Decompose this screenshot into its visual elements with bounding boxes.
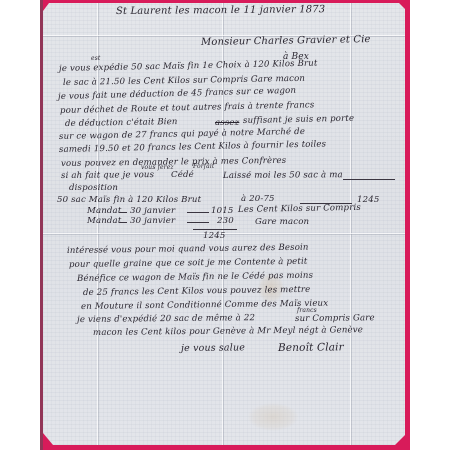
place-date: St Laurent les macon le 11 janvier 1873 (116, 4, 325, 17)
closing-line: sur Compris Gare (295, 313, 375, 324)
signature: Benoît Clair (278, 341, 344, 354)
account-row-date: 30 janvier (130, 216, 175, 226)
body-line: si ah fait que je vous (61, 170, 154, 181)
insert-est: est (91, 55, 101, 62)
sum-rule (193, 229, 237, 230)
stain (248, 403, 298, 431)
account-main-line: 50 sac Maïs fin à 120 Kilos Brut (57, 195, 201, 205)
account-row-label: Mandat (87, 216, 121, 226)
account-note: Les Cent Kilos sur Compris (238, 203, 361, 215)
account-row-amount: 1015 (211, 206, 233, 216)
account-dash (119, 222, 127, 223)
closing-line: je viens d'expédié 20 sac de même à 22 (77, 313, 255, 325)
account-row-label: Mandat (87, 206, 121, 216)
body-line: disposition (69, 183, 118, 193)
salutation: je vous salue (181, 342, 245, 354)
interlinear-note: Cédé (171, 170, 194, 180)
backdrop-edge-shadow (40, 0, 43, 450)
account-row-date: 30 janvier (130, 206, 175, 216)
letter-paper: St Laurent les macon le 11 janvier 1873 … (43, 3, 405, 445)
account-note: Gare macon (255, 217, 309, 227)
account-main-rate: à 20-75 (241, 194, 275, 204)
body-line: Laissé moi les 50 sac à ma (223, 170, 343, 181)
interlinear-note: Forfait (193, 163, 215, 170)
account-dash (187, 212, 209, 213)
fold-line (350, 3, 351, 445)
account-dash (119, 212, 127, 213)
account-sum: 1245 (203, 231, 225, 241)
body-line: de déduction c'était Bien (65, 117, 178, 129)
underline (343, 179, 395, 180)
account-row-amount: 230 (217, 216, 234, 226)
struck-word: assez (215, 118, 239, 128)
account-dash (187, 222, 209, 223)
